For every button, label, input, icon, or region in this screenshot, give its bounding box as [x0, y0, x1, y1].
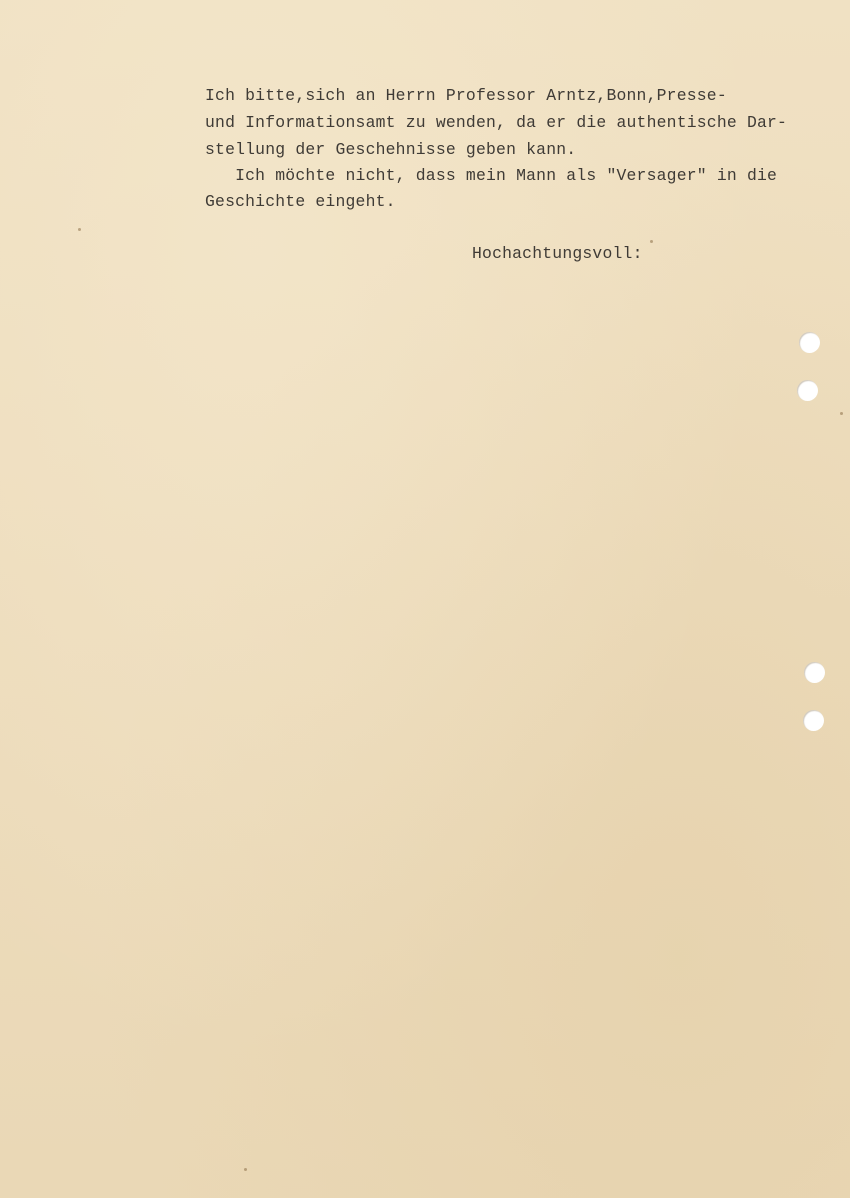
paper-speck	[78, 228, 81, 231]
body-line-3: stellung der Geschehnisse geben kann.	[205, 140, 576, 159]
body-line-4: Ich möchte nicht, dass mein Mann als "Ve…	[205, 166, 777, 185]
letter-page: Ich bitte,sich an Herrn Professor Arntz,…	[0, 0, 850, 1198]
punch-hole	[799, 332, 820, 353]
punch-hole	[804, 662, 825, 683]
body-line-2: und Informationsamt zu wenden, da er die…	[205, 113, 787, 132]
body-line-1: Ich bitte,sich an Herrn Professor Arntz,…	[205, 86, 727, 105]
closing-salutation: Hochachtungsvoll:	[472, 244, 643, 263]
punch-hole	[797, 380, 818, 401]
paper-speck	[840, 412, 843, 415]
paper-speck	[650, 240, 653, 243]
punch-hole	[803, 710, 824, 731]
body-line-5: Geschichte eingeht.	[205, 192, 396, 211]
paper-speck	[244, 1168, 247, 1171]
